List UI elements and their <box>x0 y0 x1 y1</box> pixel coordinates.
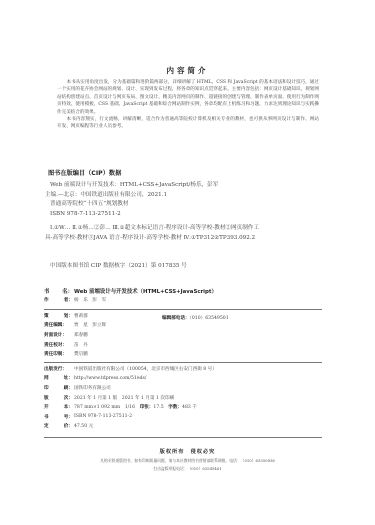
cip-line: Web 前端设计与开发技术：HTML+CSS+JavaScript/杨乐，彭军 <box>45 181 265 191</box>
divider <box>44 309 322 310</box>
summary-paragraph: 本书从实用角度出发，分为基础篇和进阶篇两部分，详细讲解了 HTML、CSS 和 … <box>57 79 319 116</box>
cip-heading: 图书在版编目（CIP）数据 <box>48 168 121 177</box>
cip-record-number: 中国版本图书馆 CIP 数据核字（2021）第 017835 号 <box>50 261 187 269</box>
editorial-phone: 编辑部电话：（010）63549501 <box>162 315 229 321</box>
website-link[interactable]: http://www.tdpress.com/51eds/ <box>74 376 146 381</box>
staff-label: 责任印制： <box>44 351 73 357</box>
copyright-heading: 版权所有 侵权必究 <box>0 448 375 455</box>
summary-body: 本书从实用角度出发，分为基础篇和进阶篇两部分，详细讲解了 HTML、CSS 和 … <box>57 79 319 131</box>
staff-value: 曹莉群 <box>74 313 88 319</box>
wordcount-label: 字数： <box>168 404 182 410</box>
printer-value: 国铁印务有限公司 <box>74 385 111 391</box>
sheets-label: 印张： <box>140 404 154 410</box>
staff-value: 郑春鹏 <box>74 332 88 338</box>
publisher-label: 出版发行： <box>44 366 73 372</box>
staff-label: 责任校对： <box>44 342 73 348</box>
staff-label: 责任编辑： <box>44 322 73 328</box>
cip-line: 普通高等院校“十四五”规划教材 <box>45 200 265 210</box>
format-value: 787 mm×1 092 mm 1/16 <box>74 404 140 410</box>
author-value: 杨 乐 彭 军 <box>74 297 106 303</box>
price-label: 定价： <box>44 423 73 429</box>
book-title-label: 书名： <box>44 287 73 295</box>
summary-title: 内容简介 <box>0 65 375 76</box>
printer-label: 印刷： <box>44 385 73 391</box>
isbn-label: 书号： <box>44 414 73 420</box>
publisher-value: 中国铁道出版社有限公司（100054，北京市西城区右安门西街 8 号） <box>74 366 217 372</box>
edition-value: 2021 年 1 月第 1 版 2021 年 1 月第 1 次印刷 <box>74 395 174 401</box>
staff-label: 策划： <box>44 313 73 319</box>
price-value: 47.50 元 <box>74 423 93 429</box>
author-label: 作者： <box>44 297 73 303</box>
publishing-info: 出版发行：中国铁道出版社有限公司（100054，北京市西城区右安门西街 8 号）… <box>44 364 322 431</box>
divider <box>44 362 322 363</box>
staff-label: 封面设计： <box>44 332 73 338</box>
website-label: 网址： <box>44 375 73 381</box>
format-label: 开本： <box>44 404 73 410</box>
wordcount-value: 483 千 <box>182 404 197 410</box>
book-info: 书名： Web 前端设计与开发技术（HTML+CSS+JavaScript） 作… <box>44 286 322 305</box>
divider <box>44 437 322 438</box>
cip-line: 主编.—北京：中国铁道出版社有限公司，2021.1 <box>45 191 265 201</box>
cip-classification: Ⅰ.①W… Ⅱ.①杨…②彭… Ⅲ.①超文本标记语言-程序设计-高等学校-教材②网… <box>45 224 265 243</box>
staff-value: 樊启鹏 <box>74 351 88 357</box>
piracy-hotline: 打击盗版举报电话：（010）63549461 <box>0 466 375 472</box>
staff-value: 贾 星 彭立辉 <box>74 322 106 328</box>
edition-label: 版次： <box>44 395 73 401</box>
cip-line: ISBN 978-7-113-27511-2 <box>45 210 265 220</box>
staff-value: 苗 丹 <box>74 342 88 348</box>
summary-paragraph: 本书内容翔实，行文流畅，讲解清晰，适合作为普通高等院校计算机及相关专业的教材，也… <box>57 116 319 131</box>
cip-block: Web 前端设计与开发技术：HTML+CSS+JavaScript/杨乐，彭军 … <box>45 181 265 243</box>
isbn-value: ISBN 978-7-113-27511-2 <box>74 414 132 419</box>
sheets-value: 17.5 <box>153 404 168 410</box>
copyright-notice: 凡购买铁道版图书，如有印制质量问题，请与本社教材图书营销部联系调换。电话：（01… <box>0 458 375 464</box>
book-title: Web 前端设计与开发技术（HTML+CSS+JavaScript） <box>74 287 217 295</box>
